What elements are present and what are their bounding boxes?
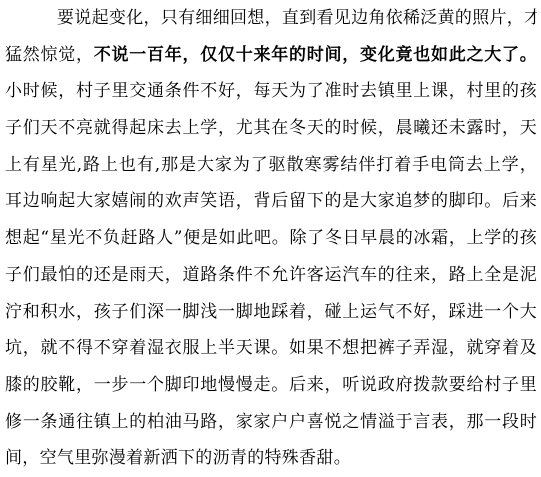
text-line: 坑，就不得不穿着湿衣服上半天课。如果不想把裤子弄湿，就穿着及	[5, 330, 537, 367]
document-page: 要说起变化，只有细细回想，直到看见边角依稀泛黄的照片，才 猛然惊觉，不说一百年，…	[0, 0, 541, 477]
text-line: 间，空气里弥漫着新洒下的沥青的特殊香甜。	[5, 440, 537, 477]
text-line: 上有星光,路上也有,那是大家为了驱散寒雾结伴打着手电筒去上学，	[5, 147, 537, 184]
text-line: 小时候，村子里交通条件不好，每天为了准时去镇里上课，村里的孩	[5, 73, 537, 110]
text-line: 猛然惊觉，不说一百年，仅仅十来年的时间，变化竟也如此之大了。	[5, 37, 537, 74]
text-line: 耳边响起大家嬉闹的欢声笑语，背后留下的是大家追梦的脚印。后来	[5, 183, 537, 220]
bold-emphasis-text: 不说一百年，仅仅十来年的时间，变化竟也如此之大了。	[94, 45, 537, 65]
text-line: 泞和积水，孩子们深一脚浅一脚地踩着，碰上运气不好，踩进一个大	[5, 294, 537, 331]
regular-text: 猛然惊觉，	[5, 45, 94, 65]
text-line: 子们天不亮就得起床去上学，尤其在冬天的时候，晨曦还未露时，天	[5, 110, 537, 147]
text-line: 修一条通往镇上的柏油马路，家家户户喜悦之情溢于言表，那一段时	[5, 404, 537, 441]
paragraph: 要说起变化，只有细细回想，直到看见边角依稀泛黄的照片，才 猛然惊觉，不说一百年，…	[5, 0, 537, 477]
text-line: 要说起变化，只有细细回想，直到看见边角依稀泛黄的照片，才	[5, 0, 537, 37]
text-line: 想起“星光不负赶路人”便是如此吧。除了冬日早晨的冰霜，上学的孩	[5, 220, 537, 257]
text-line: 子们最怕的还是雨天，道路条件不允许客运汽车的往来，路上全是泥	[5, 257, 537, 294]
text-line: 膝的胶靴，一步一个脚印地慢慢走。后来，听说政府拨款要给村子里	[5, 367, 537, 404]
